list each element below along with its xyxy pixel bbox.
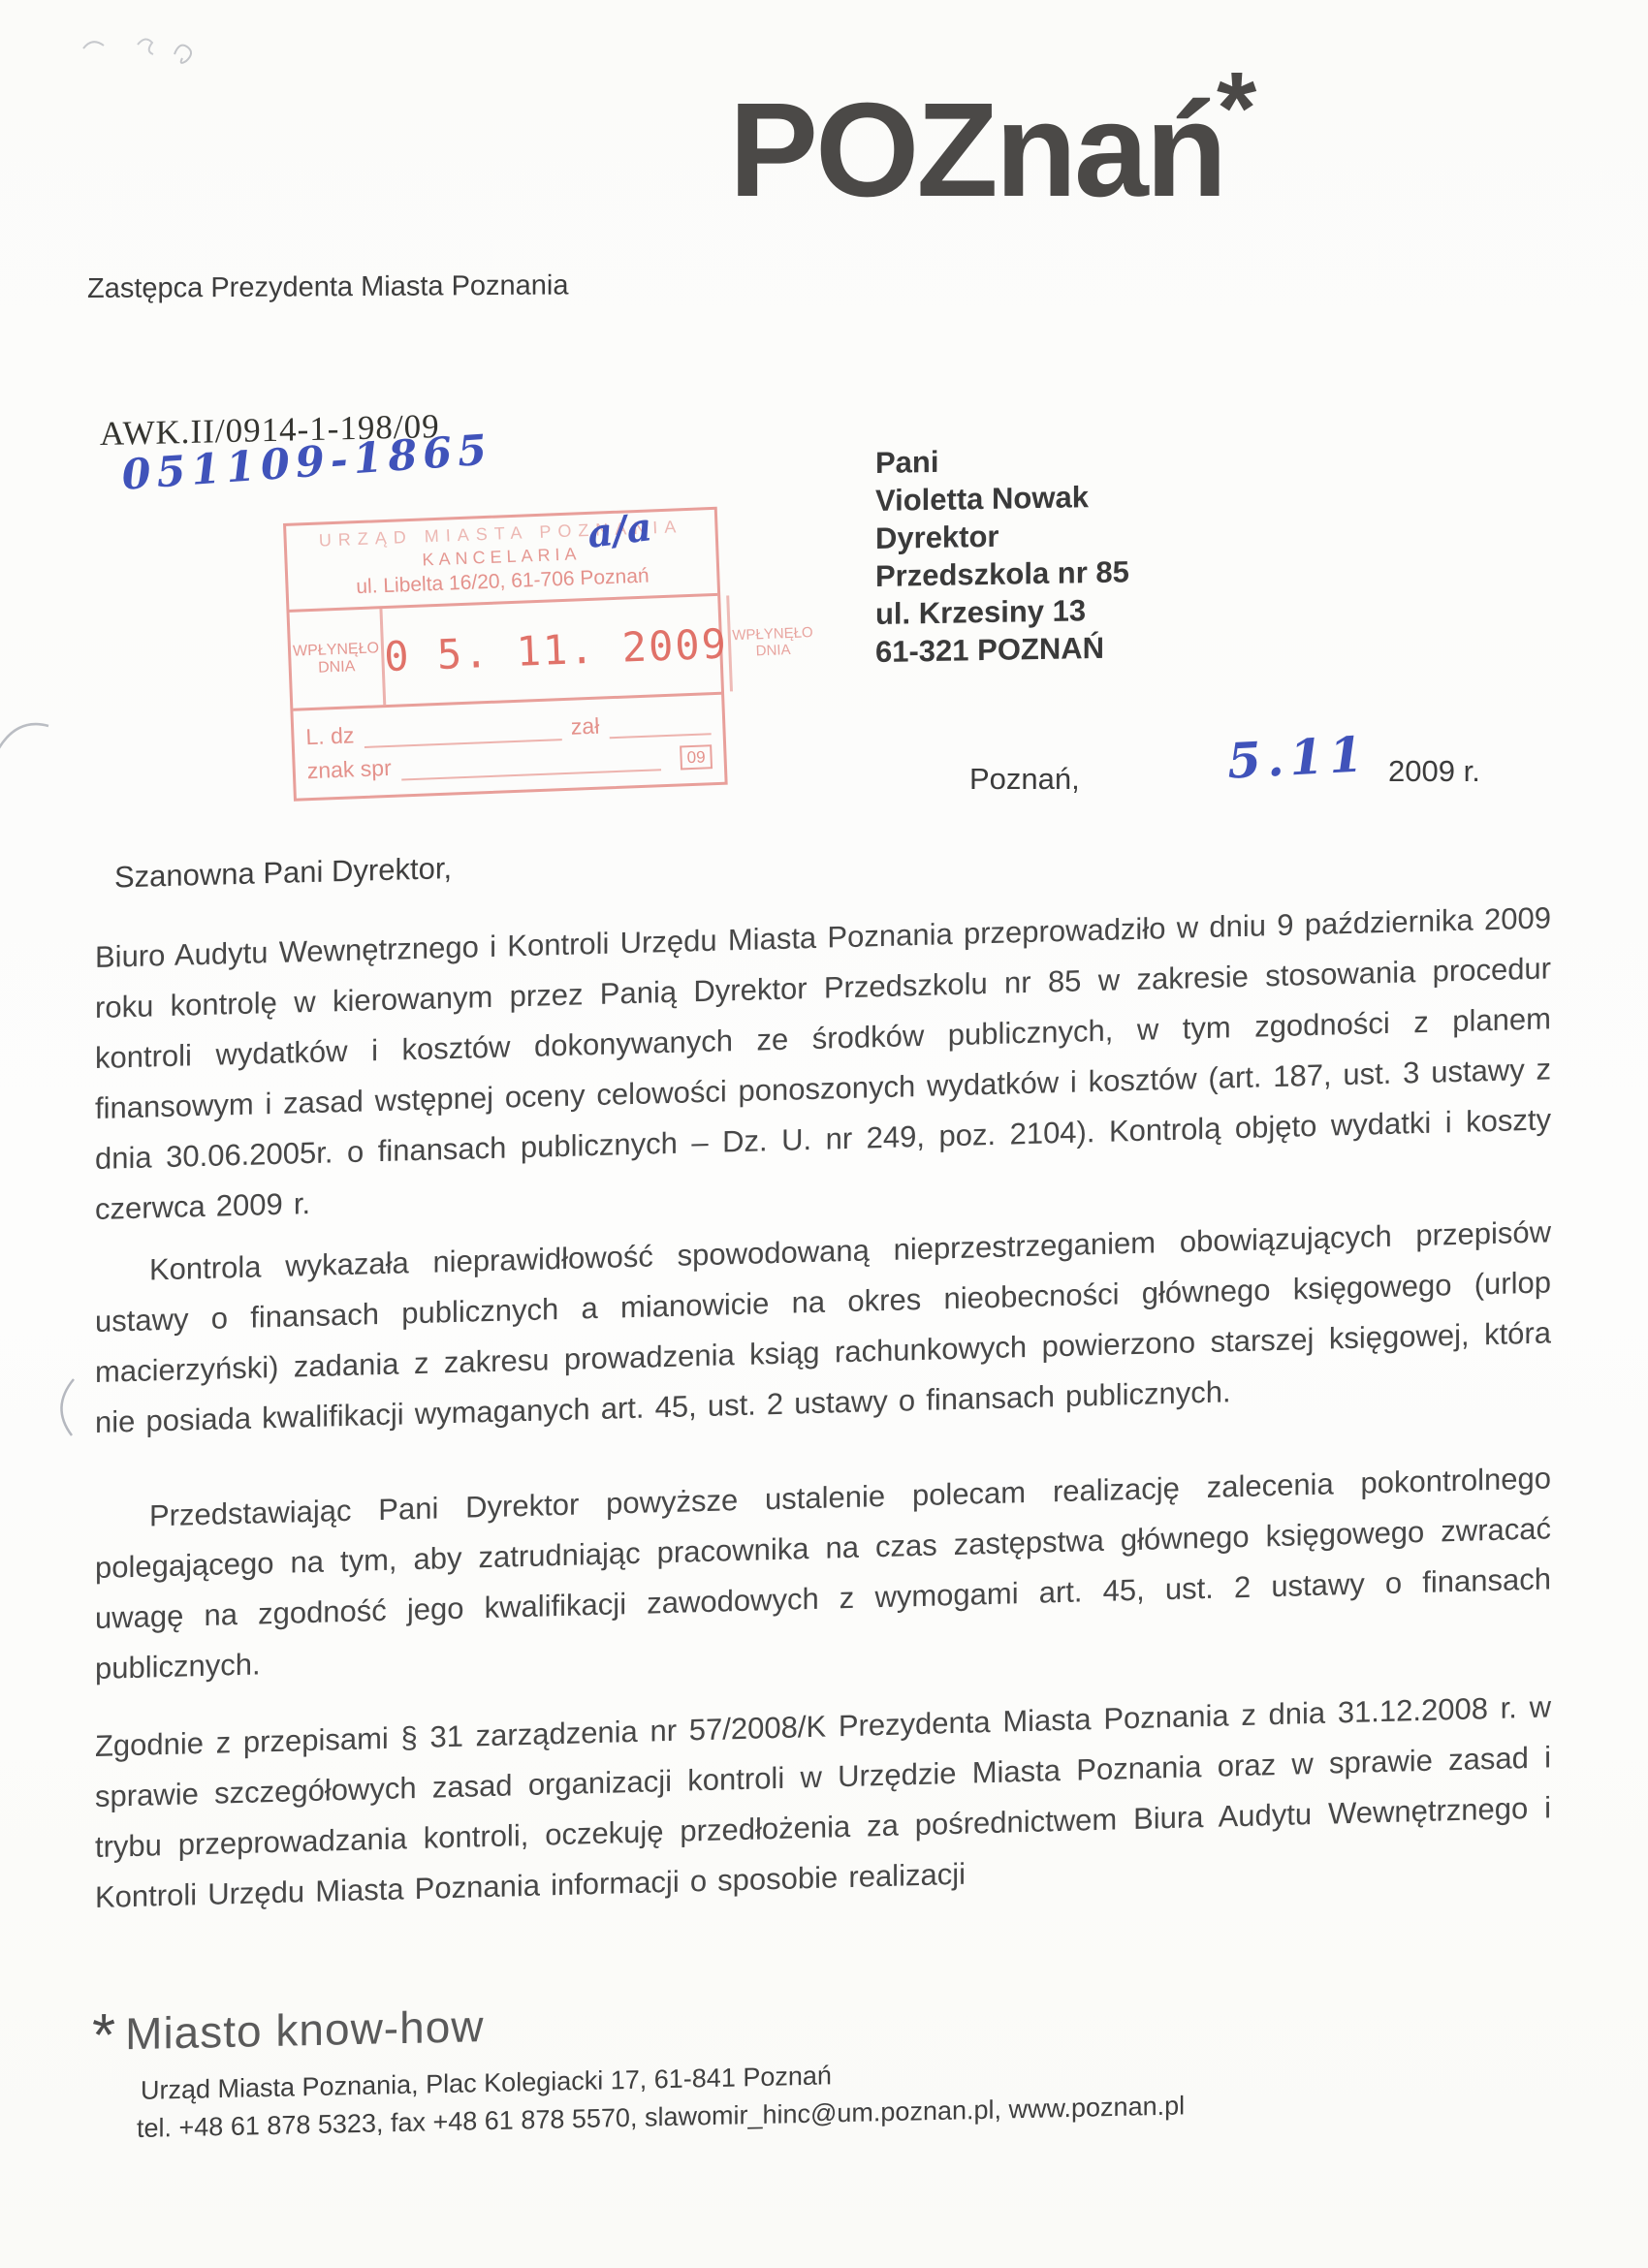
poznan-logo-asterisk-icon: * — [1217, 51, 1256, 166]
recipient-line: 61-321 POZNAŃ — [875, 628, 1129, 671]
stamp-ldz-blank-line — [364, 719, 561, 748]
letterhead-footer: * Miasto know-how Urząd Miasta Poznania,… — [92, 1984, 1185, 2144]
paragraph-2: Kontrola wykazała nieprawidłowość spowod… — [95, 1207, 1551, 1448]
kancelaria-receipt-stamp: URZĄD MIASTA POZNANIA KANCELARIA ul. Lib… — [283, 507, 728, 802]
stamp-date-row: WPŁYNĘŁO DNIA 0 5. 11. 2009 WPŁYNĘŁO DNI… — [290, 596, 722, 711]
footer-asterisk-icon: * — [92, 2007, 115, 2064]
poznan-logo-text: POZnań — [729, 76, 1224, 225]
recipient-line: Przedszkola nr 85 — [875, 552, 1129, 595]
letter-body: Szanowna Pani Dyrektor, Biuro Audytu Wew… — [95, 821, 1551, 1923]
paragraph-1: Biuro Audytu Wewnętrznego i Kontroli Urz… — [95, 893, 1551, 1235]
margin-curve-mark-bottom — [43, 1376, 83, 1438]
footer-slogan-text: Miasto know-how — [125, 2000, 484, 2060]
dateline-year: 2009 r. — [1388, 754, 1480, 789]
recipient-line: ul. Krzesiny 13 — [875, 590, 1129, 633]
stamp-ldz-label: L. dz — [305, 722, 355, 750]
stamp-received-date: 0 5. 11. 2009 — [382, 596, 729, 706]
stamp-corner-number: 09 — [680, 744, 713, 770]
dateline-city: Poznań, — [969, 762, 1080, 797]
stamp-header: URZĄD MIASTA POZNANIA KANCELARIA ul. Lib… — [286, 510, 717, 613]
stamp-zal-blank-line — [609, 713, 712, 739]
recipient-line: Pani — [875, 439, 1129, 482]
paragraph-4: Zgodnie z przepisami § 31 zarządzenia nr… — [95, 1682, 1551, 1923]
dateline-handwritten-day: 5.11 — [1226, 725, 1371, 790]
handwritten-ad-acta-note: a/a — [585, 504, 654, 557]
city-slogan: * Miasto know-how — [92, 1984, 1185, 2064]
stamp-znak-blank-line — [400, 749, 661, 780]
stamp-znak-row: znak spr 09 — [306, 742, 713, 784]
stamp-zal-label: zał — [570, 713, 599, 740]
stamp-received-label-left: WPŁYNĘŁO DNIA — [290, 609, 387, 709]
pencil-marks — [78, 25, 213, 74]
sender-title: Zastępca Prezydenta Miasta Poznania — [87, 270, 569, 305]
stamp-znak-label: znak spr — [306, 755, 392, 784]
recipient-line: Dyrektor — [875, 515, 1129, 557]
stamp-reference-rows: L. dz zał znak spr 09 — [293, 695, 724, 799]
salutation: Szanowna Pani Dyrektor, — [114, 821, 1551, 895]
stamp-received-label-right: WPŁYNĘŁO DNIA — [726, 592, 817, 691]
scanned-letter-page: POZnań* Zastępca Prezydenta Miasta Pozna… — [0, 0, 1648, 2268]
recipient-line: Violetta Nowak — [875, 477, 1129, 520]
poznan-logo: POZnań* — [729, 83, 1264, 220]
recipient-address-block: Pani Violetta Nowak Dyrektor Przedszkola… — [875, 439, 1129, 671]
paragraph-3: Przedstawiając Pani Dyrektor powyższe us… — [95, 1453, 1551, 1694]
margin-curve-mark-top — [0, 712, 54, 763]
